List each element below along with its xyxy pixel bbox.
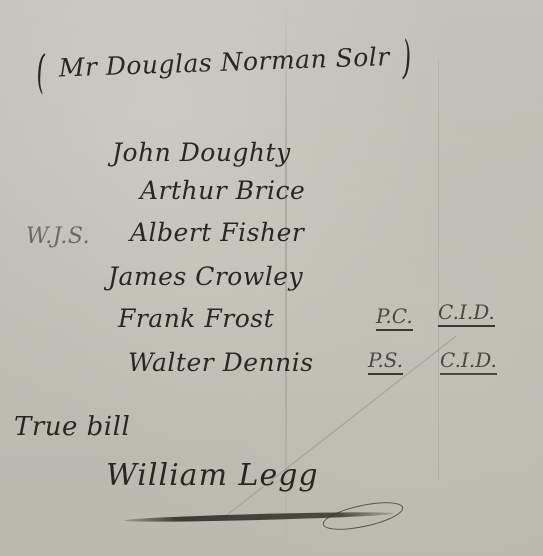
witness-unit: C.I.D. [438,300,495,327]
close-paren: ) [401,30,414,87]
foreman-signature: William Legg [106,458,319,493]
true-bill-endorsement: True bill [14,412,130,442]
solicitor-header: ( Mr Douglas Norman Solr ) [31,31,418,98]
open-paren: ( [35,42,48,99]
witness-name: James Crowley [108,262,303,291]
witness-rank: P.C. [376,304,413,331]
solicitor-name: Mr Douglas Norman Solr [58,42,390,83]
witness-name: John Doughty [112,138,291,167]
signature-flourish-loop [321,497,406,536]
witness-name: Frank Frost [118,304,274,333]
witness-name: Walter Dennis [128,348,314,377]
handwritten-document: ( Mr Douglas Norman Solr ) John Doughty … [0,0,543,556]
margin-note: W.J.S. [26,224,90,249]
witness-unit: C.I.D. [440,348,497,375]
witness-name: Albert Fisher [130,218,304,247]
witness-name: Arthur Brice [140,176,305,205]
fold-crease [438,60,439,480]
witness-rank: P.S. [368,348,403,375]
